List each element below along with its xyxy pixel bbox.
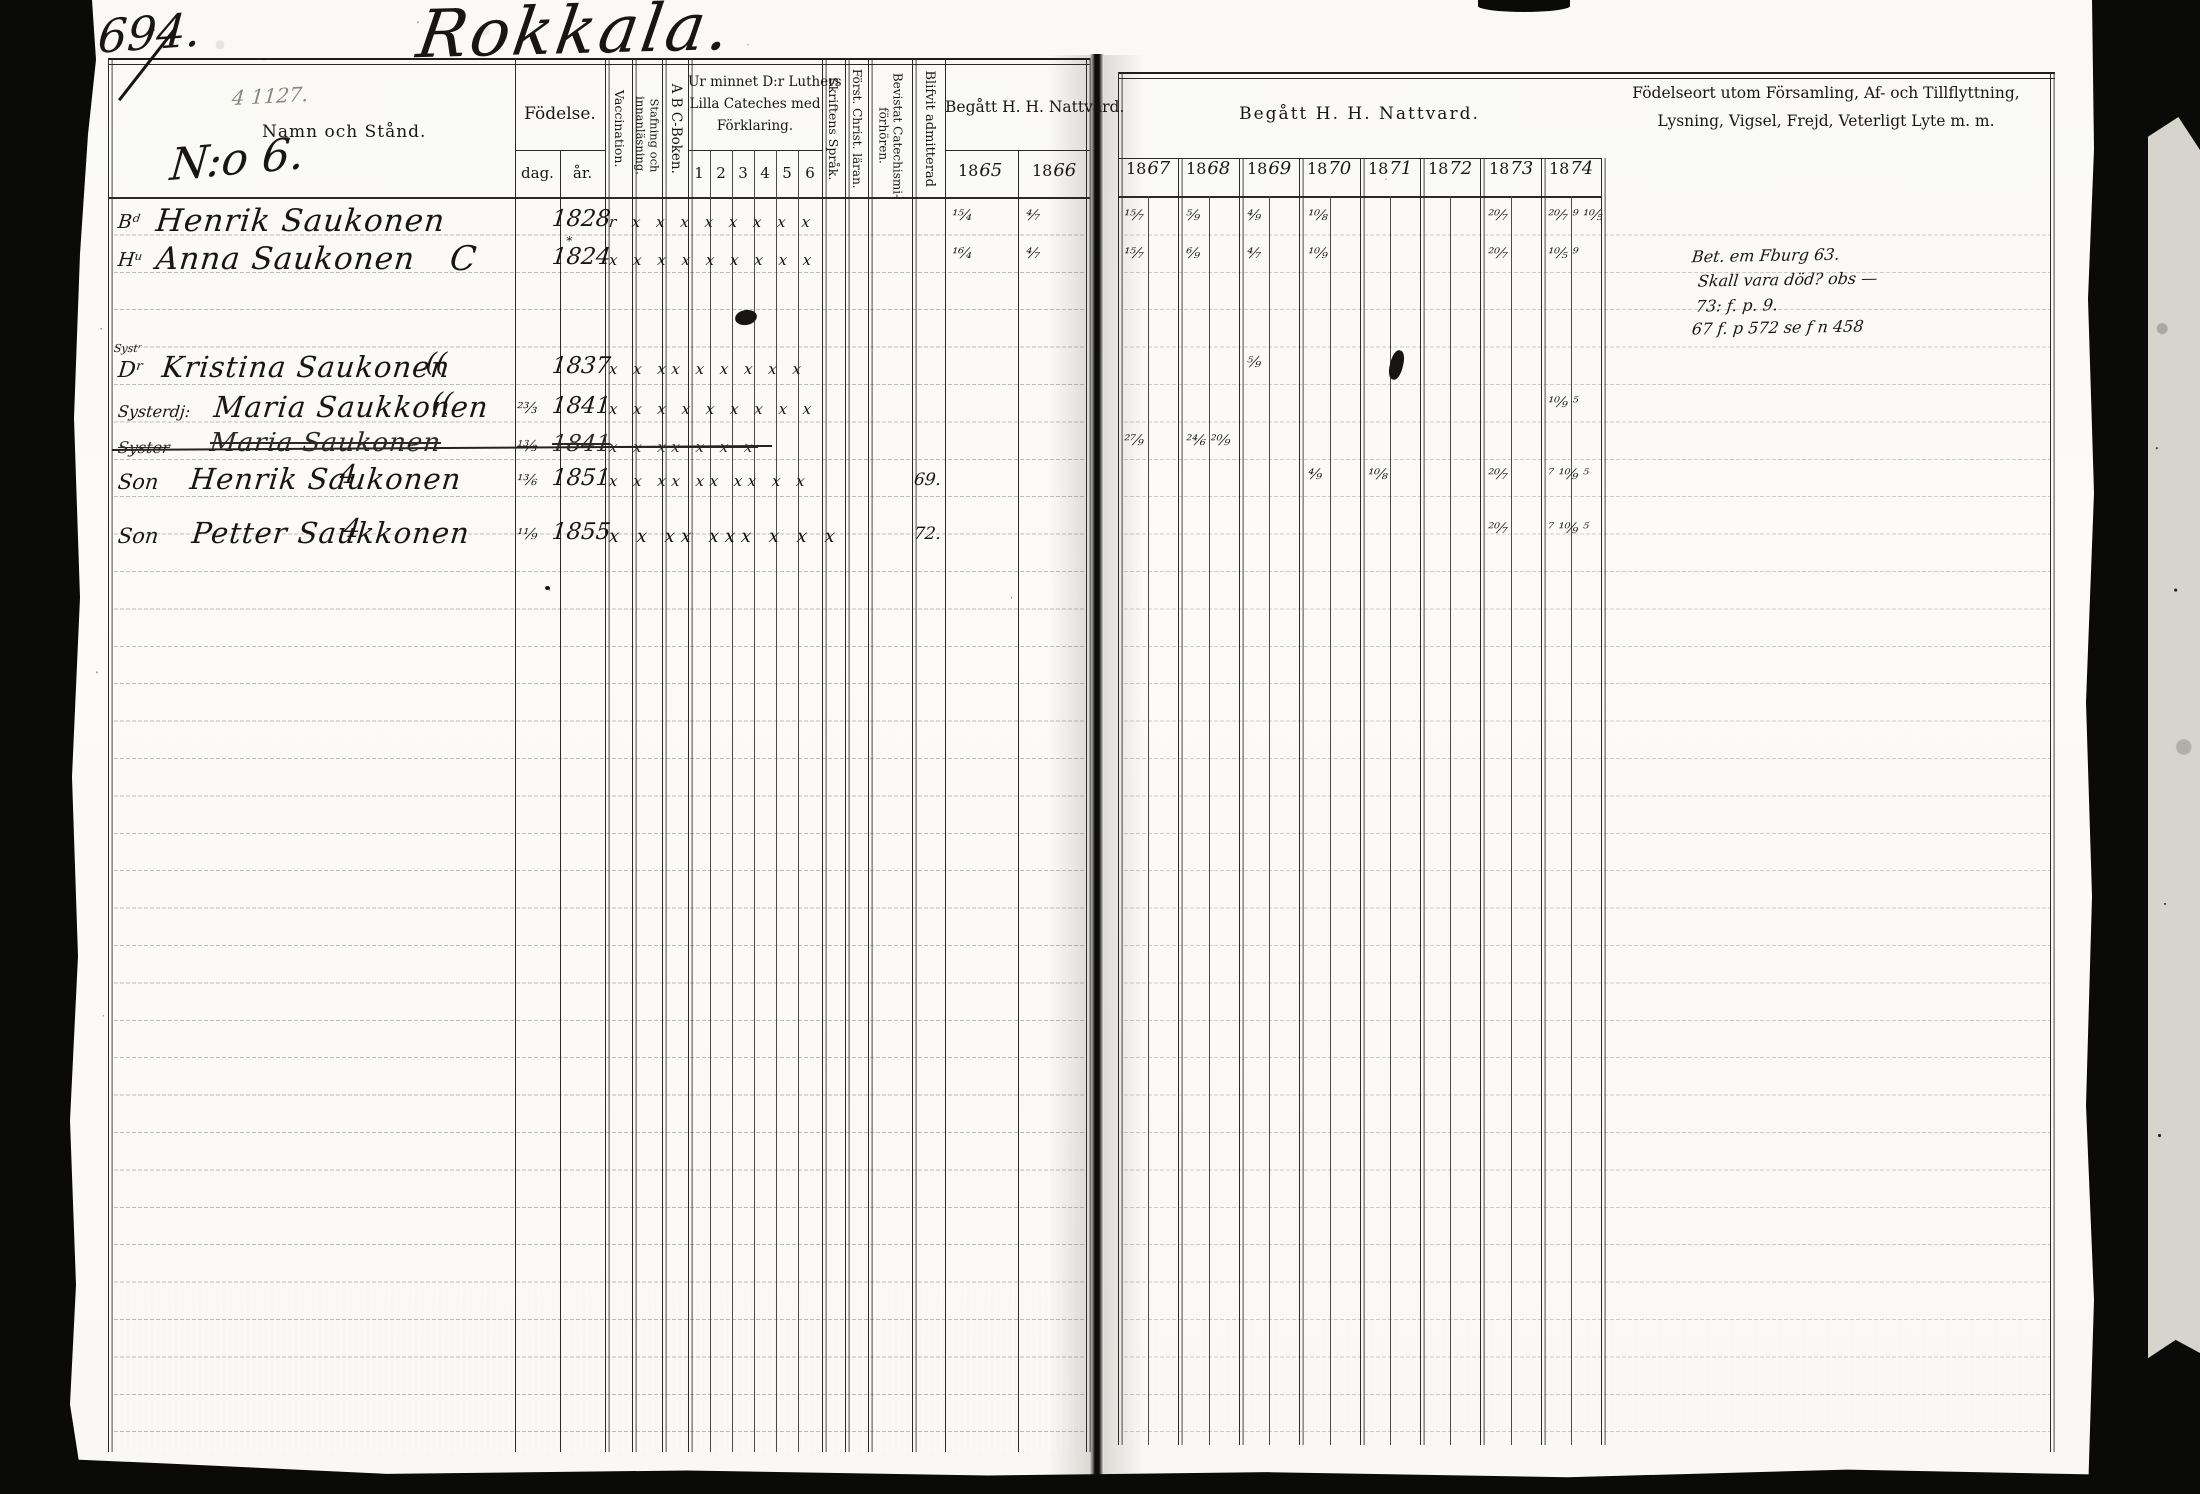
- row-prefix: Systerdj:: [117, 402, 191, 421]
- birth-year: 1828: [551, 206, 612, 232]
- scan-edge-right: [2084, 0, 2148, 1494]
- communion-mark: ⁵⁄₉: [1185, 208, 1201, 224]
- reading-marks: r x x x x x x x x: [608, 213, 816, 231]
- communion-mark: ²⁰⁄₇: [1487, 521, 1509, 537]
- communion-mark: ⁴⁄₇: [1025, 208, 1041, 224]
- communion-mark: ⁴⁄₉: [1307, 467, 1323, 483]
- year-1873: 1873: [1489, 158, 1533, 179]
- grid-line: [754, 150, 755, 1452]
- catechism-col-1: 1: [688, 164, 710, 182]
- communion-mark: ⁶⁄₉: [1185, 246, 1201, 262]
- catechism-group-header-line2: Lilla Cateches med: [688, 96, 822, 112]
- birth-year: 1841: [551, 393, 612, 419]
- person-name: Anna Saukonen: [154, 241, 417, 277]
- ink-dot: [545, 586, 550, 590]
- christianity-column-header: Först. Christ. läran.: [849, 62, 863, 196]
- reading-marks: x x xx x x x x x: [608, 360, 807, 378]
- row-prefix: Son: [117, 470, 160, 494]
- abc-book-column-header: A B C-Boken.: [668, 62, 682, 196]
- grid-line: [108, 197, 1090, 199]
- scan-smudge-top: [1478, 0, 1570, 12]
- person-name: Maria Saukonen: [208, 428, 442, 458]
- page-title: Rokkala.: [412, 0, 738, 73]
- communion-mark: ²⁷⁄₉: [1123, 433, 1145, 449]
- row-prefix: Son: [117, 524, 160, 548]
- communion-mark: ¹⁰⁄₉: [1307, 246, 1329, 262]
- birth-day: ¹³⁄₆: [516, 471, 538, 489]
- birth-column-header: Födelse.: [515, 104, 605, 124]
- year-1868: 1868: [1186, 158, 1230, 179]
- communion-mark: ¹⁰⁄₉ ⁵: [1547, 395, 1579, 411]
- grid-line: [798, 150, 799, 1452]
- admitted-year: 69.: [913, 470, 942, 490]
- attended-catechism-column-header: Bevistat Catechismi- förhören.: [877, 69, 904, 203]
- pen-flourish: C: [448, 239, 478, 279]
- communion-mark: ¹⁵⁄₄: [951, 208, 973, 224]
- grid-line: [776, 150, 777, 1452]
- person-name: Henrik Saukonen: [188, 462, 463, 496]
- catechism-col-4: 4: [754, 164, 776, 182]
- birth-day: ²³⁄₃: [516, 399, 538, 417]
- communion-mark: ⁴⁄₉: [1246, 208, 1262, 224]
- communion-mark: ²⁰⁄₇ ⁹ ¹⁰⁄₅: [1547, 208, 1603, 224]
- admitted-column-header: Blifvit admitterad: [922, 62, 936, 196]
- reading-marks: x x x x x x x x x: [608, 400, 818, 418]
- reading-marks: x x xx xxx x x x: [608, 526, 842, 547]
- communion-mark: ²⁰⁄₇: [1487, 208, 1509, 224]
- scan-edge-bottom-right-corner: [2146, 1330, 2200, 1494]
- reading-marks: x x xx x x x: [608, 438, 759, 456]
- vaccination-column-header: Vaccination.: [612, 62, 626, 196]
- margin-annotation: 67 f. p 572 se f n 458: [1691, 316, 1865, 338]
- birth-year: 1841: [551, 431, 612, 457]
- row-prefix: Bᵈ: [117, 211, 141, 233]
- catechism-col-3: 3: [732, 164, 754, 182]
- page-number: 694.: [96, 2, 202, 64]
- margin-annotation: Bet. em Fburg 63.: [1691, 245, 1841, 267]
- birthplace-column-header-line1: Födelseort utom Församling, Af- och Till…: [1601, 84, 2051, 102]
- birth-year: 1824: [551, 244, 612, 270]
- birth-year-subheader: år.: [560, 164, 605, 182]
- year-1866: 1866: [1032, 160, 1076, 181]
- person-name: Kristina Saukonen: [160, 350, 452, 384]
- grid-line: [732, 150, 733, 1452]
- communion-mark: ⁴⁄₇: [1246, 246, 1262, 262]
- year-1872: 1872: [1428, 158, 1472, 179]
- year-1871: 1871: [1368, 158, 1412, 179]
- birth-year: 1855: [551, 519, 612, 545]
- person-name: Petter Saukkonen: [190, 516, 471, 550]
- communion-header-right: Begått H. H. Nattvard.: [1118, 104, 1601, 124]
- row-prefix-small: Systʳ: [113, 342, 142, 355]
- pen-flourish: ((: [430, 388, 453, 418]
- scan-edge-strip-right: [2146, 0, 2200, 1494]
- scanned-parish-register-spread: 694. Rokkala. N:o 6. 4 1127. 1, 2, Namn …: [0, 0, 2200, 1494]
- communion-mark: ⁷ ¹⁰⁄₉ ⁵: [1547, 521, 1589, 537]
- reading-marks: x x xx xx xx x x: [608, 472, 811, 490]
- catechism-col-6: 6: [798, 164, 822, 182]
- communion-mark: ¹⁰⁄₅ ⁹: [1547, 246, 1579, 262]
- catechism-col-2: 2: [710, 164, 732, 182]
- year-1865: 1865: [958, 160, 1002, 181]
- scripture-column-header: Skriftens Språk.: [826, 62, 840, 196]
- pen-flourish: 4: [338, 460, 358, 490]
- faint-scribble: 4 1127.: [231, 82, 309, 110]
- birth-day: ¹³⁄₃: [516, 437, 538, 455]
- grid-line: [1118, 72, 2055, 74]
- grid-line: [688, 150, 822, 151]
- birth-day: ¹¹⁄₉: [516, 525, 538, 543]
- table-row: Son Petter Saukkonen 4 ¹¹⁄₉ 1855 x x xx …: [0, 516, 2200, 562]
- row-prefix: Syster: [117, 438, 171, 457]
- pen-flourish: 4: [342, 514, 362, 544]
- grid-line: [710, 150, 711, 1452]
- communion-mark: ¹⁵⁄₇: [1123, 208, 1145, 224]
- grid-line: [560, 150, 561, 1452]
- year-1869: 1869: [1247, 158, 1291, 179]
- person-name: Henrik Saukonen: [154, 203, 447, 239]
- communion-mark: ⁴⁄₇: [1025, 246, 1041, 262]
- birthplace-column-header-line2: Lysning, Vigsel, Frejd, Veterligt Lyte m…: [1601, 112, 2051, 130]
- birth-year: 1851: [551, 465, 612, 491]
- communion-mark: ⁵⁄₉: [1246, 355, 1262, 371]
- reading-marks: x x x x x x x x x: [608, 251, 818, 269]
- birth-year: 1837: [551, 353, 612, 379]
- row-prefix: Hᵘ: [117, 249, 143, 271]
- communion-mark: ¹⁵⁄₇: [1123, 246, 1145, 262]
- pen-flourish: ((: [424, 348, 447, 378]
- year-1874: 1874: [1549, 158, 1593, 179]
- birth-day-subheader: dag.: [515, 164, 560, 182]
- communion-mark: ¹⁰⁄₈: [1367, 467, 1389, 483]
- communion-mark: ¹⁶⁄₄: [951, 246, 973, 262]
- table-row: Son Henrik Saukonen 4 ¹³⁄₆ 1851 x x xx x…: [0, 462, 2200, 508]
- margin-annotation: Skall vara död? obs —: [1697, 268, 1878, 290]
- communion-mark: ²⁰⁄₇: [1487, 246, 1509, 262]
- communion-header-left: Begått H. H. Nattvard.: [945, 98, 1090, 116]
- spelling-column-header: Stafning och innanläsning.: [634, 69, 661, 203]
- year-1870: 1870: [1307, 158, 1351, 179]
- row-prefix: Dʳ: [117, 358, 145, 383]
- catechism-col-5: 5: [776, 164, 798, 182]
- year-1867: 1867: [1126, 158, 1170, 179]
- communion-mark: ²⁴⁄₆ ²⁰⁄₉: [1185, 433, 1231, 449]
- catechism-group-header-line3: Förklaring.: [688, 118, 822, 134]
- grid-line: [1118, 78, 2055, 79]
- communion-mark: ²⁰⁄₇: [1487, 467, 1509, 483]
- admitted-year: 72.: [913, 524, 942, 544]
- grid-line: [1018, 150, 1019, 1452]
- catechism-group-header-line1: Ur minnet D:r Luthers: [688, 74, 822, 90]
- communion-mark: ⁷ ¹⁰⁄₉ ⁵: [1547, 467, 1589, 483]
- margin-annotation: 73: f. p. 9.: [1695, 295, 1779, 315]
- communion-mark: ¹⁰⁄₈: [1307, 208, 1329, 224]
